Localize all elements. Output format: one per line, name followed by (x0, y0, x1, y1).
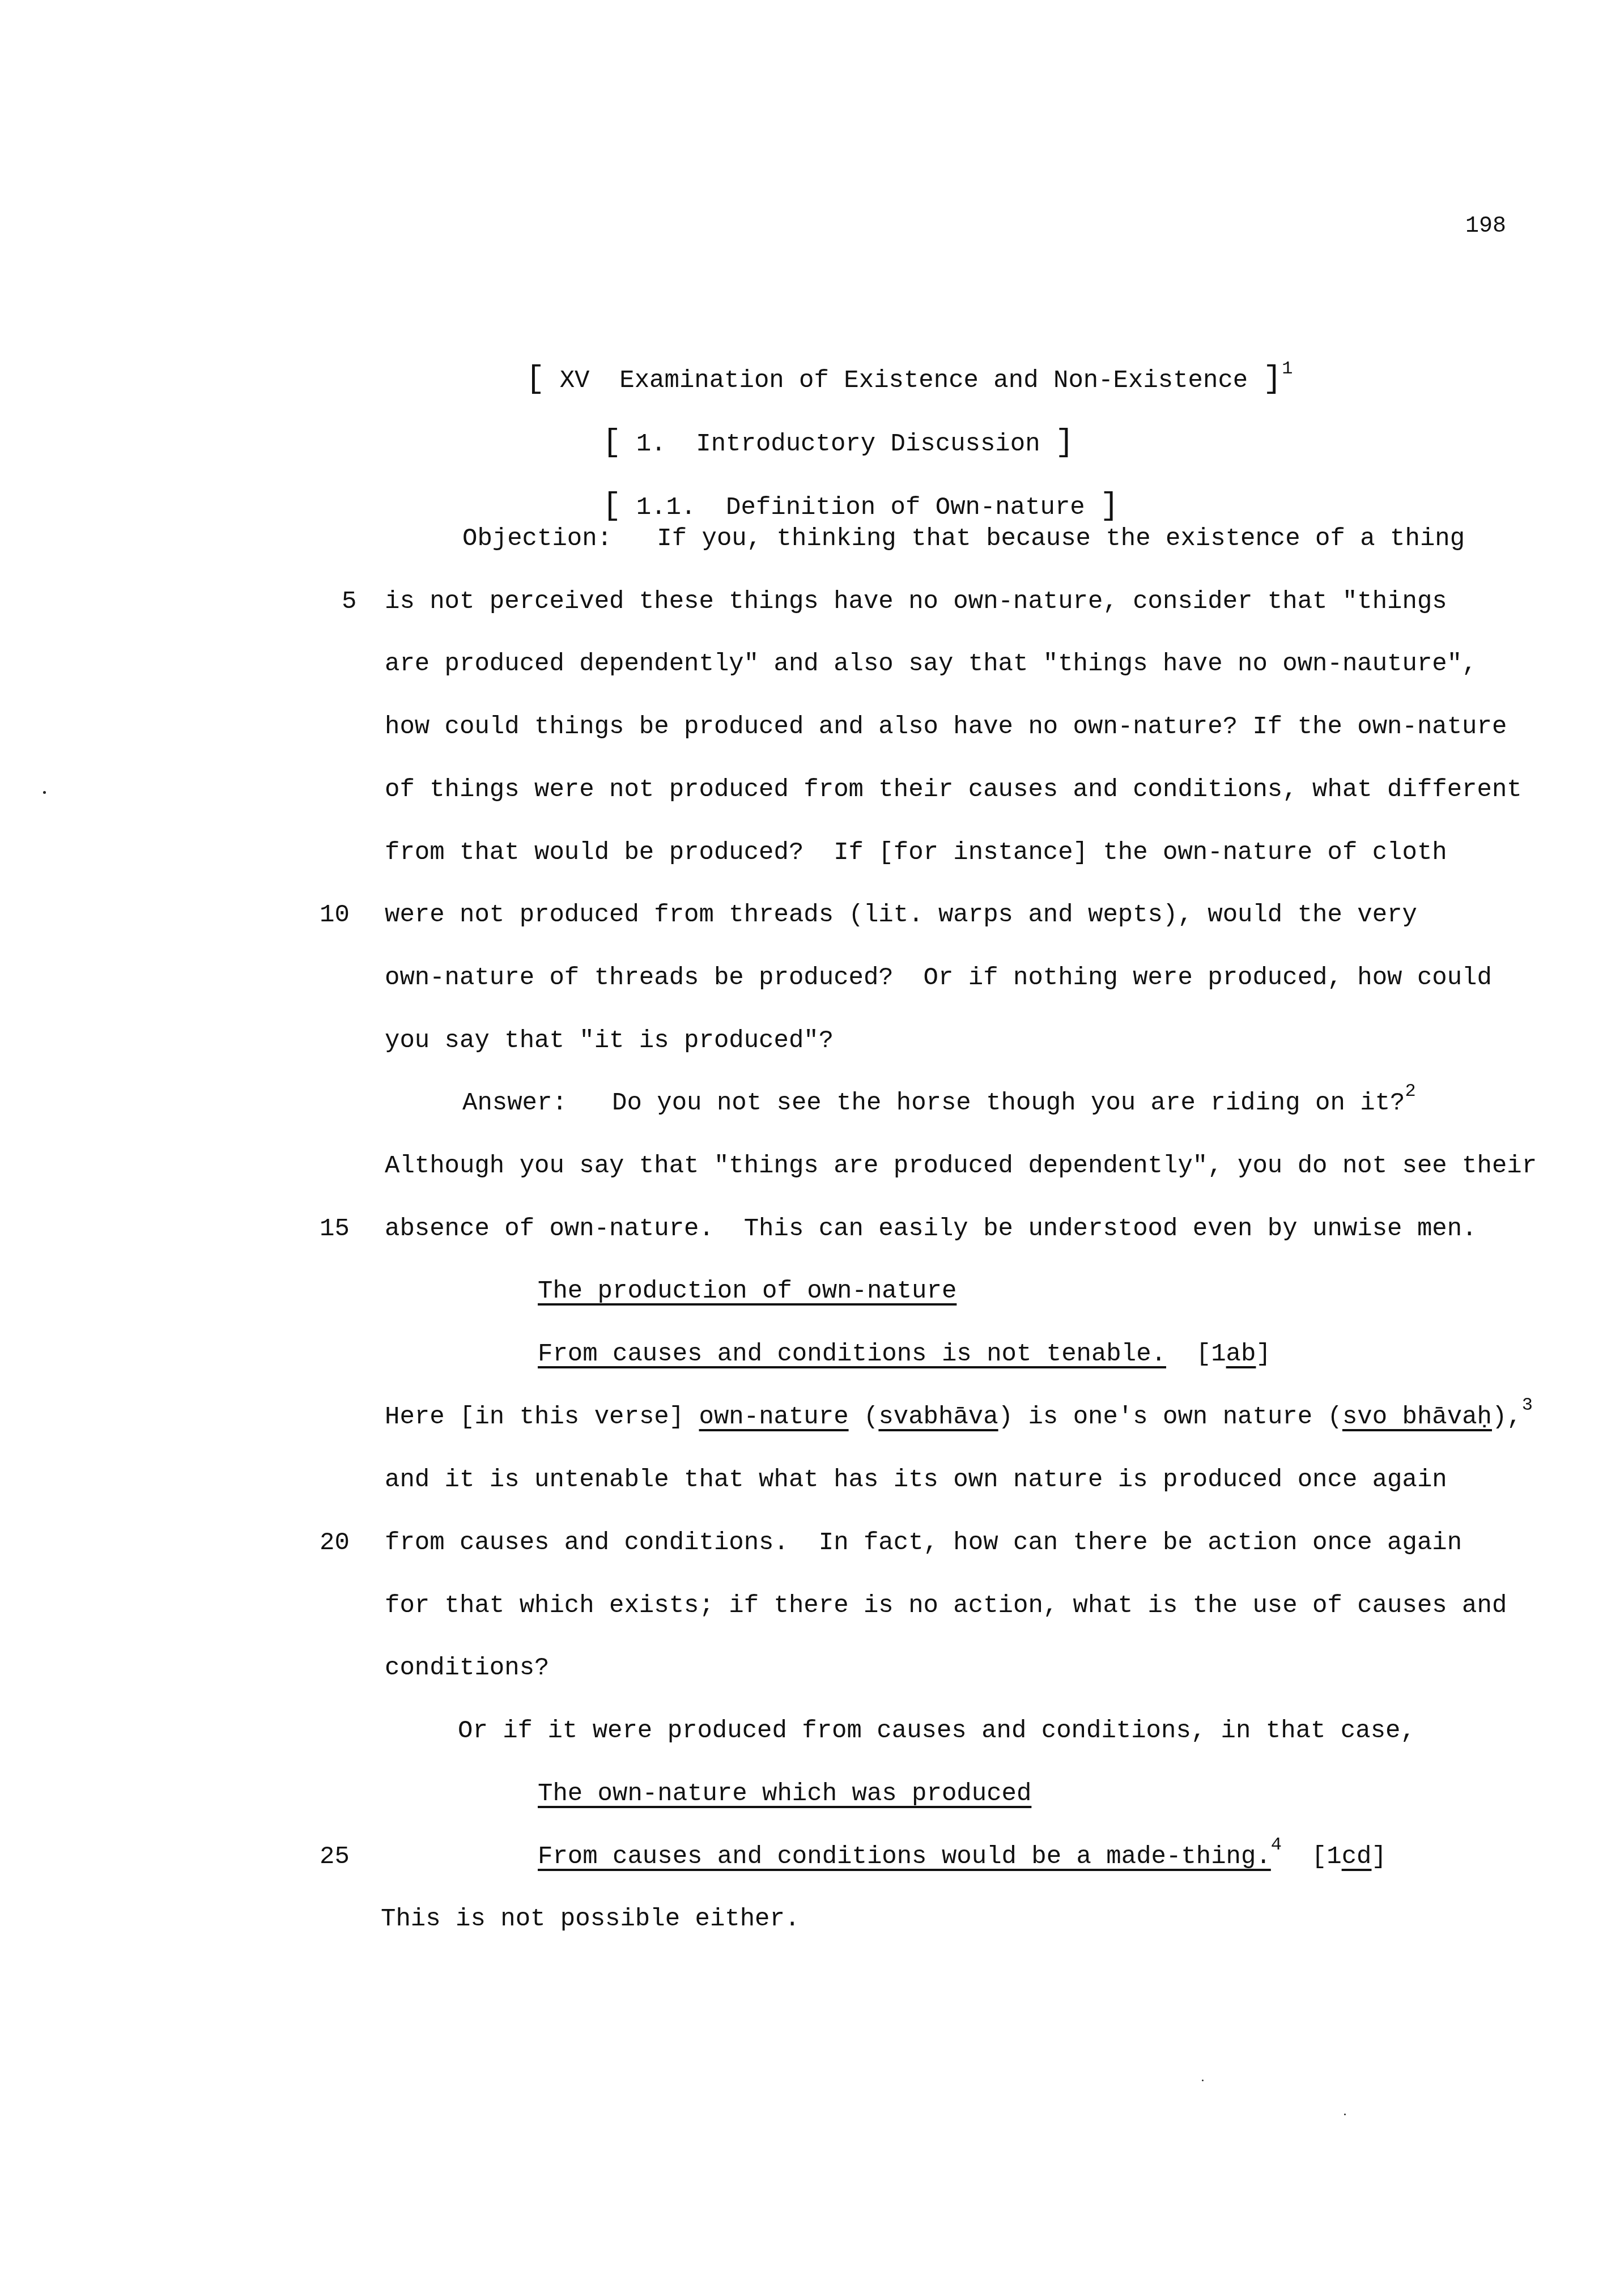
verse-ref-num: 1 (1211, 1340, 1226, 1368)
bracket-open: [ (602, 424, 622, 460)
text-run: the own-nature of cloth (1088, 839, 1447, 867)
verse-line: The production of own-nature (538, 1279, 956, 1304)
sanskrit-term: svo bhāvaḥ (1342, 1403, 1492, 1431)
footnote-ref-4: 4 (1271, 1834, 1282, 1855)
bracket-open: [ (526, 360, 545, 397)
body-line: you say that "it is produced"? (385, 1028, 834, 1053)
objection-label: Objection: (462, 525, 612, 553)
footnote-ref-2: 2 (1405, 1081, 1416, 1102)
body-line: were not produced from threads (lit. war… (385, 903, 1417, 928)
text-run: from that would be produced? If (385, 839, 878, 867)
subsection-heading: [ 1.1. Definition of Own-nature ] (542, 465, 1119, 490)
body-line: from that would be produced? If [for ins… (385, 840, 1447, 865)
footnote-ref-3: 3 (1522, 1394, 1533, 1415)
line-number-15: 15 (320, 1217, 350, 1241)
bracket-close: ] (1263, 360, 1282, 397)
answer-first-line: Answer: Do you not see the horse though … (462, 1091, 1416, 1116)
verse-text: From causes and conditions is not tenabl… (538, 1340, 1166, 1368)
answer-label: Answer: (462, 1089, 567, 1117)
text-run: If you, thinking that because the existe… (657, 525, 1465, 553)
body-line: from causes and conditions. In fact, how… (385, 1530, 1462, 1555)
verse-text: From causes and conditions would be a ma… (538, 1843, 1271, 1871)
body-line: for that which exists; if there is no ac… (385, 1593, 1507, 1618)
text-run: Here (385, 1403, 460, 1431)
body-line: of things were not produced from their c… (385, 777, 1522, 802)
scan-speck (43, 791, 46, 794)
body-line: are produced dependently" and also say t… (385, 652, 1477, 677)
footnote-ref-1: 1 (1282, 358, 1293, 379)
verse-ref-pada: cd (1342, 1843, 1372, 1871)
body-line: own-nature of threads be produced? Or if… (385, 966, 1492, 990)
line-number-25: 25 (320, 1844, 350, 1869)
sanskrit-term: svabhāva (878, 1403, 998, 1431)
bracket-close: ] (1055, 424, 1074, 460)
verse-ref-num: 1 (1327, 1843, 1341, 1871)
line-number-20: 20 (320, 1530, 350, 1555)
bracket-open: [ (602, 487, 622, 524)
term: own-nature (699, 1403, 849, 1431)
verse-line: From causes and conditions is not tenabl… (538, 1342, 1271, 1367)
editorial-insert: [in this verse] (460, 1403, 684, 1431)
verse-line: From causes and conditions would be a ma… (538, 1844, 1387, 1869)
section-title: 1. Introductory Discussion (636, 430, 1040, 458)
closing-line: This is not possible either. (381, 1907, 800, 1932)
body-line: conditions? (385, 1656, 549, 1681)
bracket-close: ] (1100, 487, 1119, 524)
scan-speck (1344, 2114, 1346, 2115)
document-page: 198 [ XV Examination of Existence and No… (0, 0, 1624, 2296)
body-line: and it is untenable that what has its ow… (385, 1468, 1447, 1493)
body-line: Although you say that "things are produc… (385, 1154, 1537, 1179)
transition-line: Or if it were produced from causes and c… (458, 1719, 1415, 1744)
editorial-insert: [for instance] (878, 839, 1088, 867)
objection-first-line: Objection: If you, thinking that because… (462, 526, 1465, 551)
text-run: is one's own nature (1013, 1403, 1328, 1431)
body-line: how could things be produced and also ha… (385, 715, 1507, 739)
line-number-10: 10 (320, 903, 350, 928)
verse-ref-pada: ab (1226, 1340, 1256, 1368)
page-number: 198 (1465, 215, 1506, 240)
scan-speck (1202, 2080, 1204, 2081)
line-number-5: 5 (342, 589, 356, 614)
text-run: Do you not see the horse though you are … (612, 1089, 1405, 1117)
chapter-heading: [ XV Examination of Existence and Non-Ex… (466, 338, 1293, 363)
subsection-title: 1.1. Definition of Own-nature (636, 494, 1085, 522)
section-heading: [ 1. Introductory Discussion ] (542, 401, 1074, 426)
body-line: absence of own-nature. This can easily b… (385, 1217, 1477, 1241)
verse-line: The own-nature which was produced (538, 1781, 1031, 1806)
body-line: Here [in this verse] own-nature (svabhāv… (385, 1405, 1533, 1430)
body-line: is not perceived these things have no ow… (385, 589, 1447, 614)
chapter-title: XV Examination of Existence and Non-Exis… (560, 367, 1248, 395)
